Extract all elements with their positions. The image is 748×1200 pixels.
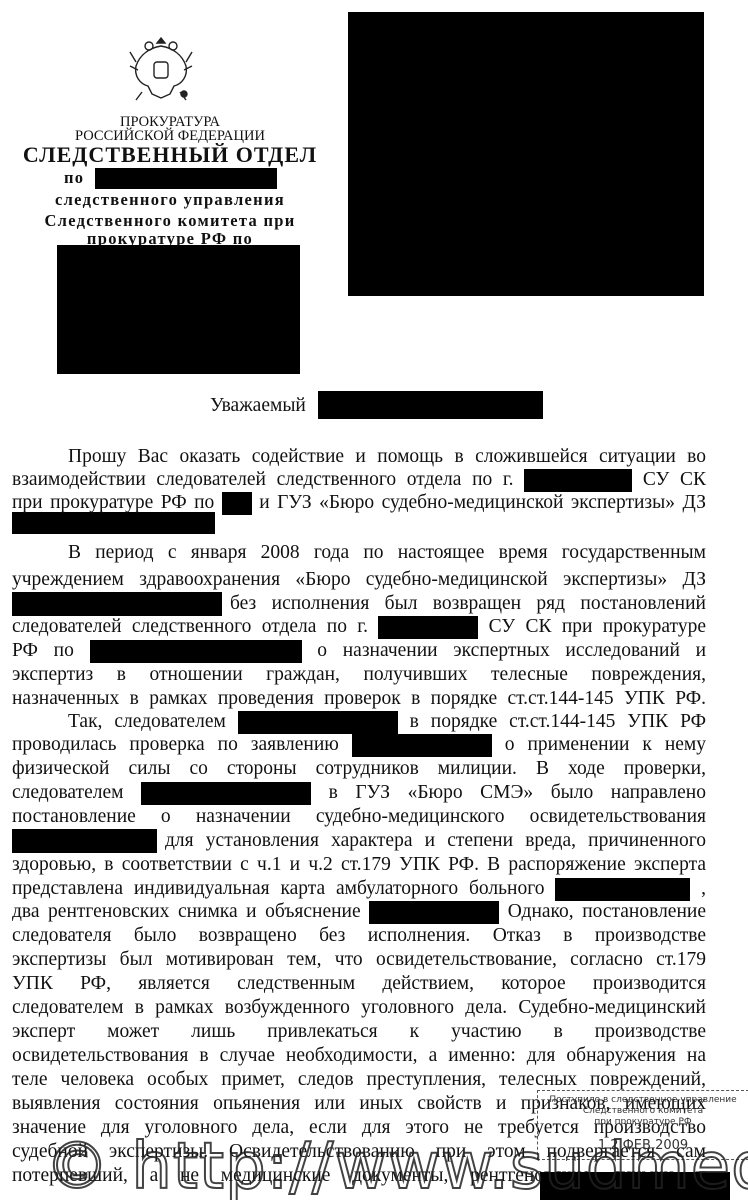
- redaction-block: [90, 640, 302, 663]
- redaction-block-address: [57, 245, 300, 374]
- body-line: следователем в рамках возбужденного угол…: [12, 995, 706, 1021]
- redaction-block: [95, 168, 277, 189]
- redaction-block: [12, 592, 222, 616]
- dept-po: по: [64, 168, 84, 188]
- coat-of-arms-emblem: [128, 32, 194, 104]
- stamp-line-1: Поступило в следственное управление: [538, 1095, 748, 1106]
- redaction-block: [378, 616, 478, 639]
- body-line: экспертизы был мотивирован тем, что осви…: [12, 947, 706, 973]
- watermark: © http://www.sudmed.ru: [45, 1130, 748, 1200]
- body-line: постановление о назначении судебно-медиц…: [12, 804, 706, 830]
- redaction-block-addressee: [348, 12, 704, 296]
- redaction-block: [12, 829, 157, 853]
- stamp-line-3: при прокуратуре РФ: [538, 1117, 748, 1128]
- body-line: эксперт может лишь привлекаться к участи…: [12, 1019, 706, 1045]
- redaction-block: [222, 492, 252, 515]
- dept-line-4: Следственного комитета при: [0, 211, 340, 231]
- dept-title: СЛЕДСТВЕННЫЙ ОТДЕЛ: [0, 142, 340, 168]
- redaction-block: [141, 782, 311, 805]
- redaction-block: [524, 469, 632, 492]
- body-line: для установления характера и степени вре…: [165, 828, 706, 854]
- redaction-block: [369, 901, 499, 924]
- body-line: В период с января 2008 года по настоящее…: [12, 540, 706, 566]
- body-line: УПК РФ, является следственным действием,…: [12, 971, 706, 997]
- body-line: проводилась проверка по заявлению о прим…: [12, 732, 706, 758]
- salutation: Уважаемый: [210, 395, 306, 417]
- russian-coat-of-arms-icon: [128, 32, 194, 104]
- body-line: следователей следственного отдела по г. …: [12, 614, 706, 640]
- redaction-block-name: [318, 391, 543, 419]
- stamp-line-2: Следственного комитета: [538, 1106, 748, 1117]
- body-line: РФ по о назначении экспертных исследован…: [12, 638, 706, 664]
- body-line: здоровью, в соответствии с ч.1 и ч.2 ст.…: [12, 852, 706, 878]
- body-line: следователем в ГУЗ «Бюро СМЭ» было напра…: [12, 780, 706, 806]
- redaction-block: [238, 711, 398, 734]
- redaction-block: [555, 878, 690, 901]
- dept-line-3: следственного управления: [0, 190, 340, 210]
- body-line: освидетельствования в случае необходимос…: [12, 1043, 706, 1069]
- body-line: экспертиз в отношении граждан, получивши…: [12, 662, 706, 688]
- body-line: следователя было возвращено без исполнен…: [12, 923, 706, 949]
- body-line: учреждением здравоохранения «Бюро судебн…: [12, 567, 706, 593]
- body-line: два рентгеновских снимка и объяснение Од…: [12, 899, 706, 925]
- body-line: физической силы со стороны сотрудников м…: [12, 756, 706, 782]
- body-line: при прокуратуре РФ по и ГУЗ «Бюро судебн…: [12, 490, 706, 516]
- redaction-block: [352, 734, 492, 757]
